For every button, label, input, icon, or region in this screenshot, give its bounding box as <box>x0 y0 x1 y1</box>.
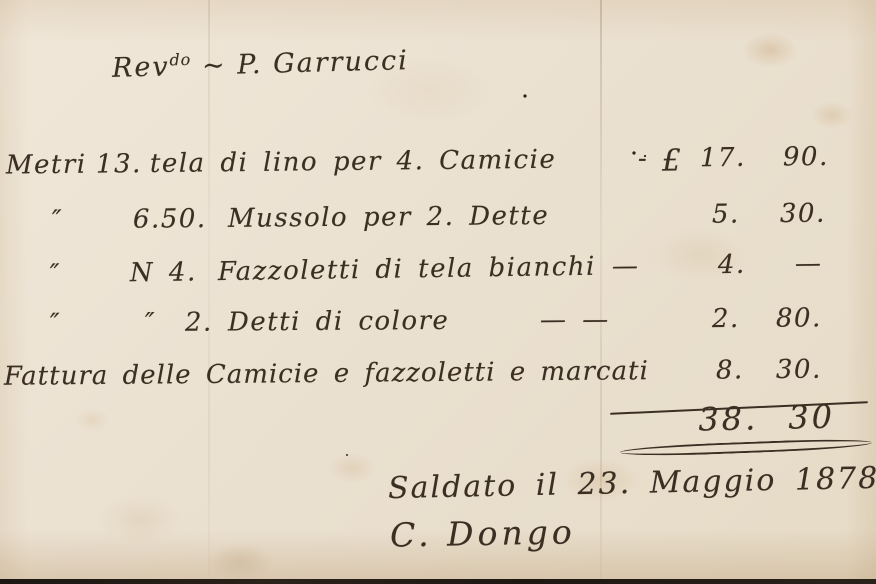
line-qty: 13. <box>96 149 142 179</box>
paper-bottom-edge <box>0 579 876 584</box>
amount-lire: 2. <box>712 304 740 334</box>
invoice-line: ″ N 4. Fazzoletti di tela bianchi — 4. — <box>0 248 876 304</box>
invoice-line: Fattura delle Camicie e fazzoletti e mar… <box>0 354 876 406</box>
line-qty: N 4. <box>130 257 197 288</box>
addressee-connector: ~ <box>202 50 227 82</box>
line-dash: - <box>638 144 649 174</box>
line-qty: 2. <box>185 308 213 338</box>
invoice-line: Metri 13. tela di lino per 4. Camicie - … <box>0 141 876 194</box>
addressee-name: P. Garrucci <box>237 45 409 80</box>
ditto-mark: ″ <box>50 259 62 289</box>
invoice-line: ″ ″ 2. Detti di colore — — 2. 80. <box>0 303 876 353</box>
amount-cent: — <box>795 249 823 279</box>
line-dash: — — <box>540 305 610 335</box>
amount-lire: 8. <box>716 355 744 385</box>
total-cent: 30 <box>788 398 836 437</box>
line-desc: Mussolo per 2. Dette <box>228 201 549 234</box>
line-unit: Metri <box>6 150 87 181</box>
ditto-mark: ″ <box>52 205 63 235</box>
paid-date-line: Saldato il 23. Maggio 1878 <box>388 461 876 506</box>
line-dash: — <box>612 251 640 281</box>
line-desc: Fattura delle Camicie e fazzoletti e mar… <box>4 356 649 392</box>
line-desc: Detti di colore <box>228 306 450 338</box>
line-desc: tela di lino per 4. Camicie <box>150 145 557 179</box>
amount-cent: 30. <box>776 355 822 385</box>
amount-cent: 30. <box>780 199 826 229</box>
amount-lire: 5. <box>712 199 740 229</box>
amount-cent: 90. <box>783 142 829 172</box>
scanned-invoice-document: Revdo ~ P. Garrucci Metri 13. tela di li… <box>0 0 876 584</box>
ditto-mark: ″ <box>145 308 156 338</box>
signature: C. Dongo <box>390 512 576 554</box>
line-desc: Fazzoletti di tela bianchi <box>218 252 596 287</box>
amount-lire: 17. <box>700 143 746 173</box>
lira-currency-symbol: £ <box>662 143 683 178</box>
amount-lire: 4. <box>718 250 746 280</box>
invoice-line: ″ 6.50. Mussolo per 2. Dette 5. 30. <box>0 198 876 250</box>
addressee-line: Revdo ~ P. Garrucci <box>112 44 410 84</box>
total-double-underline <box>620 437 872 458</box>
ditto-mark: ″ <box>50 309 61 339</box>
amount-cent: 80. <box>776 303 822 333</box>
line-qty: 6.50. <box>133 204 207 235</box>
addressee-superscript: do <box>169 50 191 70</box>
addressee-prefix: Rev <box>112 51 170 83</box>
total-lire: 38. <box>698 399 759 438</box>
